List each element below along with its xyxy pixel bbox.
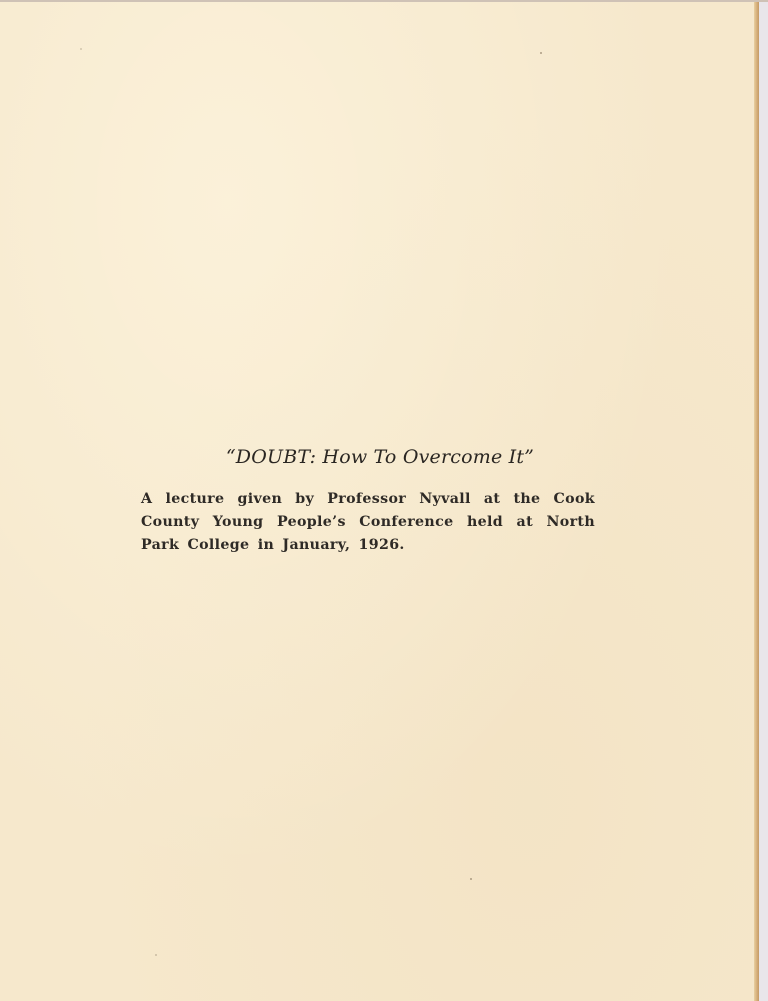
- document-title: “DOUBT: How To Overcome It”: [200, 446, 560, 468]
- description-line: A lecture given by Professor Nyvall at t…: [141, 488, 595, 511]
- description-line: Park College in January, 1926.: [141, 534, 595, 557]
- paper-speck: [540, 52, 542, 54]
- description-line: County Young People’s Conference held at…: [141, 511, 595, 534]
- lecture-description: A lecture given by Professor Nyvall at t…: [141, 488, 595, 557]
- paper-speck: [80, 48, 82, 50]
- paper-speck: [155, 954, 157, 956]
- paper-page: “DOUBT: How To Overcome It” A lecture gi…: [0, 2, 759, 1001]
- paper-speck: [470, 878, 472, 880]
- page-edge: [754, 2, 759, 1001]
